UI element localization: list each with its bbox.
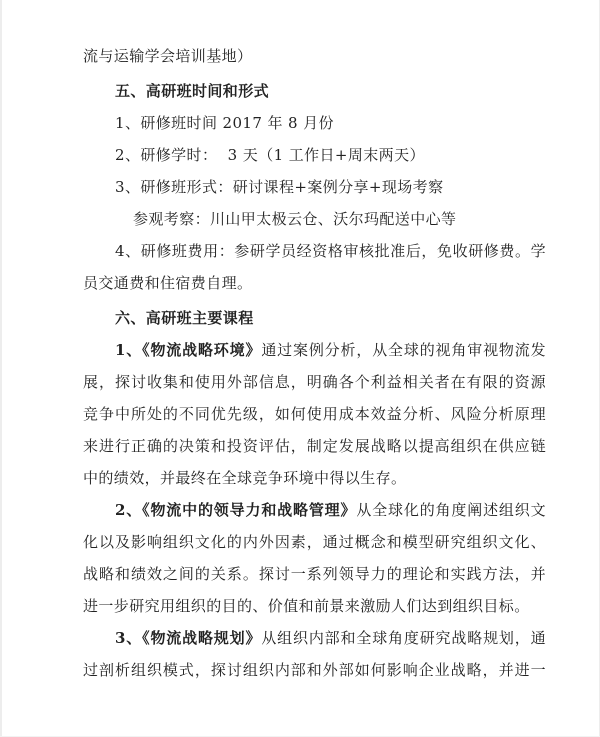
text-segment: 中的绩效，并最终在全球竞争环境中得以生存。 [83,469,406,487]
section-heading: 六、高研班主要课程 [83,302,546,334]
paragraph-line: 竞争中所处的不同优先级，如何使用成本效益分析、风险分析原理 [83,398,546,430]
bold-text-segment: 五、高研班时间和形式 [115,82,269,100]
list-item-line: 2、研修学时： 3 天（1 工作日+周末两天） [83,139,546,171]
list-item-line: 参观考察：川山甲太极云仓、沃尔玛配送中心等 [83,203,546,235]
text-segment: 3、研修班形式：研讨课程+案例分享+现场考察 [115,178,443,196]
text-segment: 进一步研究用组织的目的、价值和前景来激励人们达到组织目标。 [83,597,530,615]
bold-text-segment: 1、《物流战略环境》 [115,341,261,359]
text-segment: 参观考察：川山甲太极云仓、沃尔玛配送中心等 [133,210,456,228]
paragraph-line: 战略和绩效之间的关系。探讨一系列领导力的理论和实践方法，并 [83,558,546,590]
paragraph-line: 中的绩效，并最终在全球竞争环境中得以生存。 [83,462,546,494]
text-segment: 展，探讨收集和使用外部信息，明确各个利益相关者在有限的资源 [83,373,546,391]
text-segment: 1、研修班时间 2017 年 8 月份 [115,114,334,132]
text-segment: 4、研修班费用：参研学员经资格审核批准后，免收研修费。学 [115,242,546,260]
paragraph-line: 流与运输学会培训基地） [83,40,546,72]
list-item-line: 4、研修班费用：参研学员经资格审核批准后，免收研修费。学 [83,235,546,267]
bold-text-segment: 3、《物流战略规划》 [115,629,261,647]
text-segment: 通过案例分析，从全球的视角审视物流发 [261,341,546,359]
text-segment: 来进行正确的决策和投资评估，制定发展战略以提高组织在供应链 [83,437,546,455]
paragraph-line: 来进行正确的决策和投资评估，制定发展战略以提高组织在供应链 [83,430,546,462]
bold-text-segment: 六、高研班主要课程 [115,309,254,327]
bold-text-segment: 2、《物流中的领导力和战略管理》 [115,501,356,519]
text-segment: 员交通费和住宿费自理。 [83,274,252,292]
paragraph-line: 过剖析组织模式，探讨组织内部和外部如何影响企业战略，并进一 [83,654,546,686]
list-item-line: 1、研修班时间 2017 年 8 月份 [83,107,546,139]
text-segment: 流与运输学会培训基地） [83,47,252,65]
text-segment: 过剖析组织模式，探讨组织内部和外部如何影响企业战略，并进一 [83,661,546,679]
paragraph-line: 进一步研究用组织的目的、价值和前景来激励人们达到组织目标。 [83,590,546,622]
text-segment: 化以及影响组织文化的内外因素，通过概念和模型研究组织文化、 [83,533,546,551]
paragraph-line: 3、《物流战略规划》从组织内部和全球角度研究战略规划，通 [83,622,546,654]
paragraph-line: 展，探讨收集和使用外部信息，明确各个利益相关者在有限的资源 [83,366,546,398]
section-heading: 五、高研班时间和形式 [83,75,546,107]
text-segment: 从全球化的角度阐述组织文 [356,501,546,519]
text-segment: 2、研修学时： 3 天（1 工作日+周末两天） [115,146,425,164]
paragraph-line: 1、《物流战略环境》通过案例分析，从全球的视角审视物流发 [83,334,546,366]
document-page: 流与运输学会培训基地）五、高研班时间和形式1、研修班时间 2017 年 8 月份… [0,0,600,737]
text-segment: 竞争中所处的不同优先级，如何使用成本效益分析、风险分析原理 [83,405,546,423]
paragraph-line: 化以及影响组织文化的内外因素，通过概念和模型研究组织文化、 [83,526,546,558]
paragraph-line: 员交通费和住宿费自理。 [83,267,546,299]
list-item-line: 3、研修班形式：研讨课程+案例分享+现场考察 [83,171,546,203]
text-segment: 战略和绩效之间的关系。探讨一系列领导力的理论和实践方法，并 [83,565,546,583]
paragraph-line: 2、《物流中的领导力和战略管理》从全球化的角度阐述组织文 [83,494,546,526]
document-content: 流与运输学会培训基地）五、高研班时间和形式1、研修班时间 2017 年 8 月份… [83,40,546,686]
text-segment: 从组织内部和全球角度研究战略规划，通 [261,629,546,647]
page-edge-left [0,0,2,737]
